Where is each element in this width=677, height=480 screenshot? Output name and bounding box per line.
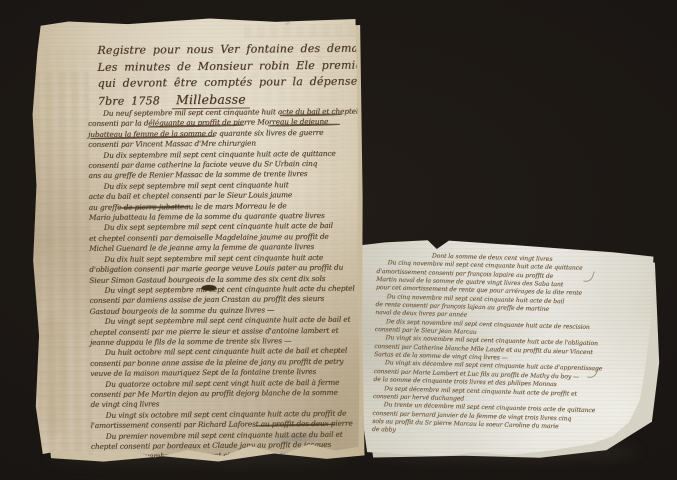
left-manuscript-sheet: 5. Registre pour nous Ver fontaine des d… <box>29 15 362 460</box>
right-page-text: Dont la somme de deux cent vingt livres … <box>372 251 652 442</box>
manuscript-line: qui devront être comptés pour la dépense… <box>98 74 358 93</box>
left-page-header: Registre pour nous Ver fontaine des dema… <box>97 41 358 110</box>
right-manuscript-sheet: Dont la somme de deux cent vingt livres … <box>355 238 658 457</box>
verso-show-through <box>33 72 92 457</box>
header-date: 7bre 1758 <box>98 94 160 108</box>
archival-document-scan: Dont la somme de deux cent vingt livres … <box>0 0 677 480</box>
verso-show-through <box>244 25 359 38</box>
left-page-text: Du neuf septembre mil sept cent cinquant… <box>88 107 361 463</box>
page-mark: 5. <box>285 18 291 26</box>
paper-stain <box>38 312 67 437</box>
manuscript-line: Registre pour nous Ver fontaine des dema… <box>97 41 357 60</box>
signature-flourish: Millebasse <box>172 91 250 109</box>
